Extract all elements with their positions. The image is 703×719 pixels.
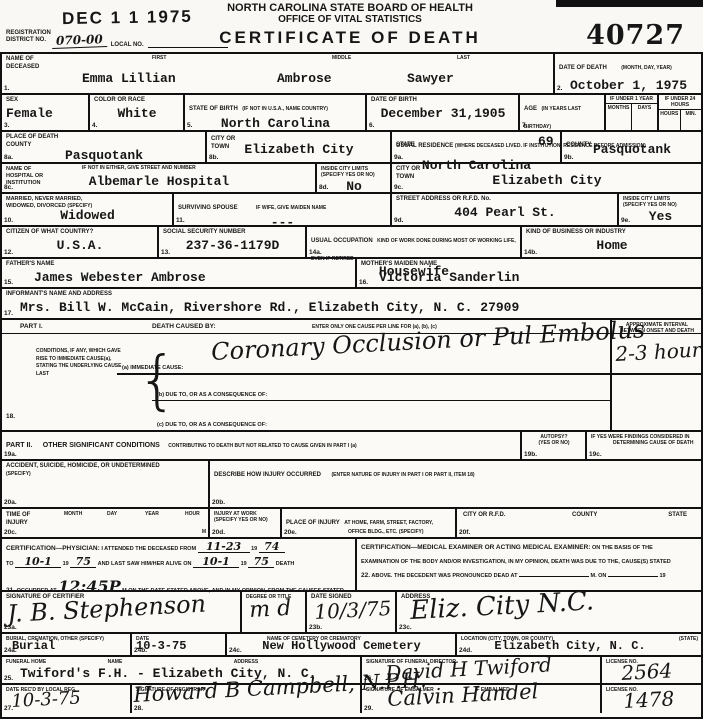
part1-item-number: 18. [6, 413, 15, 421]
cert-me-m-on: M. ON [591, 573, 607, 579]
received-date-stamp: DEC 1 1 1975 [62, 7, 193, 29]
funeral-license-handwritten: 2564 [621, 658, 673, 685]
under-24-hours-min: MIN. [681, 110, 702, 130]
burial-date-item-number: 24b. [134, 647, 147, 654]
brace-icon: { [137, 344, 178, 418]
interval-line [612, 373, 701, 375]
hour-sublabel: HOUR [185, 511, 200, 517]
row-hospital: NAME OFHOSPITAL ORINSTITUTION IF NOT IN … [2, 164, 701, 194]
icl8d-item-number: 8d. [319, 184, 328, 191]
field-certification-physician: CERTIFICATION—PHYSICIAN: I ATTENDED THE … [2, 539, 357, 590]
cemetery-item-number: 24c. [229, 647, 242, 654]
certifier-address-handwritten: Eliz. City N.C. [409, 586, 594, 626]
field-if-under-1-year: IF UNDER 1 YEAR MONTHS DAYS [606, 95, 659, 130]
business-value: Home [526, 238, 698, 253]
row-parents: FATHER'S NAME James Webester Ambrose 15.… [2, 259, 701, 289]
business-item-number: 14b. [524, 249, 537, 256]
residence-county-item-number: 9b. [564, 154, 573, 161]
age-item-number: 7. [522, 122, 527, 129]
field-marital-status: MARRIED, NEVER MARRIED, WIDOWED, DIVORCE… [2, 194, 174, 225]
accident-item-number: 20a. [4, 499, 17, 506]
due-to-c-label: (c) DUE TO, OR AS A CONSEQUENCE OF: [157, 422, 267, 428]
part1-label: PART I. [20, 323, 43, 331]
informant-item-number: 17. [4, 310, 13, 317]
section-part1: PART I. DEATH CAUSED BY: ENTER ONLY ONE … [2, 320, 701, 432]
field-color-race: COLOR OR RACE White 4. [90, 95, 185, 130]
row-registrar: DATE REC'D BY LOCAL REG. 10-3-75 27. SIG… [2, 685, 701, 713]
marital-item-number: 10. [4, 217, 13, 224]
date-signed-item-number: 23b. [309, 624, 322, 631]
cemetery-location-value: Elizabeth City, N. C. [461, 639, 698, 653]
date-of-birth-item-number: 6. [369, 122, 374, 129]
field-ssn: SOCIAL SECURITY NUMBER 237-36-1179D 13. [159, 227, 307, 257]
pronounced-dead-at-blank [519, 576, 589, 577]
informant-label: INFORMANT'S NAME AND ADDRESS [6, 291, 698, 299]
age-label: AGE [524, 106, 537, 112]
name-item-number: 1. [4, 85, 9, 92]
date-received-handwritten: 10-3-75 [11, 687, 81, 712]
injury-state-label: STATE [668, 512, 687, 520]
findings-item-number: 19c. [589, 451, 602, 458]
field-informant: INFORMANT'S NAME AND ADDRESS Mrs. Bill W… [2, 289, 701, 318]
sex-item-number: 3. [4, 122, 9, 129]
residence-city-value: Elizabeth City [396, 173, 698, 188]
ssn-value: 237-36-1179D [163, 238, 302, 253]
icl9e-value: Yes [623, 209, 698, 224]
dod-item-number: 2. [557, 85, 562, 92]
due-to-b-label: (b) DUE TO, OR AS A CONSEQUENCE OF: [157, 392, 267, 398]
org-line1: NORTH CAROLINA STATE BOARD OF HEALTH [180, 2, 520, 14]
part2-item-number: 19a. [4, 451, 17, 458]
cert-text1: I ATTENDED THE DECEASED FROM [101, 546, 196, 552]
month-sublabel: MONTH [64, 511, 82, 517]
certifier-signature-item-number: 23a. [4, 624, 17, 631]
field-if-under-24-hours: IF UNDER 24 HOURS HOURS MIN. [659, 95, 701, 130]
due-to-b-line [152, 400, 612, 401]
business-label: KIND OF BUSINESS OR INDUSTRY [526, 229, 698, 237]
field-age: AGE (IN YEARS LAST BIRTHDAY) 69 7. [520, 95, 606, 130]
field-occupation: USUAL OCCUPATION KIND OF WORK DONE DURIN… [307, 227, 522, 257]
field-hospital: NAME OFHOSPITAL ORINSTITUTION IF NOT IN … [2, 164, 317, 192]
accident-label: ACCIDENT, SUICIDE, HOMICIDE, OR UNDETERM… [6, 463, 205, 471]
name-last-value: Sawyer [407, 71, 454, 86]
pod-city-label: CITY ORTOWN [211, 136, 235, 151]
cert-me-label: CERTIFICATION—MEDICAL EXAMINER OR ACTING… [361, 544, 590, 551]
field-sex: SEX Female 3. [2, 95, 90, 130]
injury-county-label: COUNTY [572, 512, 597, 520]
place-of-injury-item-number: 20e. [284, 529, 297, 536]
time-of-injury-label: TIME OFINJURY [6, 512, 30, 527]
informant-value: Mrs. Bill W. McCain, Rivershore Rd., Eli… [6, 300, 698, 315]
color-race-label: COLOR OR RACE [94, 97, 180, 105]
cert-death-word: DEATH [276, 561, 295, 567]
citizen-item-number: 12. [4, 249, 13, 256]
occupation-item-number: 14a. [309, 249, 322, 256]
field-pod-city: CITY ORTOWN Elizabeth City 8b. [207, 132, 392, 162]
attended-to-year-handwritten: 75 [70, 556, 96, 568]
hospital-value: Albemarle Hospital [6, 174, 312, 189]
sex-value: Female [6, 106, 85, 121]
pod-city-item-number: 8b. [209, 154, 218, 161]
field-certification-medical-examiner: CERTIFICATION—MEDICAL EXAMINER OR ACTING… [357, 539, 701, 590]
field-mother-name: MOTHER'S MAIDEN NAME Victoria Sanderlin … [357, 259, 701, 287]
hospital-item-number: 8c. [4, 184, 13, 191]
field-burial-date: DATE 10-3-75 24b. [132, 634, 227, 655]
year-sublabel: YEAR [145, 511, 159, 517]
date-signed-handwritten: 10/3/75 [314, 596, 392, 624]
field-place-of-injury: PLACE OF INJURY AT HOME, FARM, STREET, F… [282, 509, 457, 537]
cert-physician-label: CERTIFICATION—PHYSICIAN: [6, 545, 100, 552]
color-race-value: White [94, 106, 180, 121]
sex-label: SEX [6, 97, 85, 105]
name-first-value: Emma Lillian [82, 71, 176, 86]
state-of-birth-item-number: 5. [187, 122, 192, 129]
field-certifier-address: ADDRESS Eliz. City N.C. 23c. [397, 592, 701, 632]
ssn-label: SOCIAL SECURITY NUMBER [163, 229, 302, 237]
field-certifier-signature: SIGNATURE OF CERTIFIER J. B. Stephenson … [2, 592, 242, 632]
findings-label2: DETERMINING CAUSE OF DEATH [591, 440, 698, 446]
embalmer-license-handwritten: 1478 [623, 686, 675, 713]
cert-to-label: TO [6, 561, 14, 567]
conditions-label: CONDITIONS, IF ANY, WHICH GAVE RISE TO I… [36, 348, 132, 378]
district-number-handwritten: 070-00 [52, 32, 107, 49]
mother-value: Victoria Sanderlin [361, 270, 698, 285]
interval-header-rule [612, 333, 701, 334]
funeral-home-label: FUNERAL HOME NAME ADDRESS [6, 659, 357, 665]
state-of-birth-sublabel: (IF NOT IN U.S.A., NAME COUNTRY) [242, 106, 328, 112]
field-state-of-birth: STATE OF BIRTH (IF NOT IN U.S.A., NAME C… [185, 95, 367, 130]
time-of-injury-item-number: 20c. [4, 529, 17, 536]
pod-county-item-number: 8a. [4, 154, 13, 161]
field-autopsy-findings: IF YES WERE FINDINGS CONSIDERED IN DETER… [587, 432, 701, 459]
place-of-injury-label: PLACE OF INJURY [286, 520, 340, 526]
part2-title: OTHER SIGNIFICANT CONDITIONS [43, 442, 160, 449]
field-embalmer-license: LICENSE NO. 1478 [602, 685, 701, 713]
field-date-of-birth: DATE OF BIRTH December 31,1905 6. [367, 95, 520, 130]
certificate-number: 40727 [586, 20, 685, 51]
pronounced-dead-on-blank [608, 576, 658, 577]
field-residence-county: COUNTY Pasquotank 9b. [562, 132, 701, 162]
row-certifier-signature: SIGNATURE OF CERTIFIER J. B. Stephenson … [2, 592, 701, 634]
registration-label-line1: REGISTRATION [6, 30, 51, 37]
street-value: 404 Pearl St. [396, 205, 614, 220]
under-1-year-months: MONTHS [606, 104, 632, 130]
cert-text2: AND LAST SAW HIM/HER ALIVE ON [98, 561, 192, 567]
document-title: CERTIFICATE OF DEATH [180, 28, 520, 48]
field-degree-title: DEGREE OR TITLE m d [242, 592, 307, 632]
spouse-label: SURVIVING SPOUSE [178, 205, 238, 211]
injury-at-work-item-number: 20d. [212, 529, 225, 536]
field-pod-county: PLACE OF DEATH COUNTY Pasquotank 8a. [2, 132, 207, 162]
icl9e-item-number: 9e. [621, 217, 630, 224]
header-center: NORTH CAROLINA STATE BOARD OF HEALTH OFF… [180, 2, 520, 48]
burial-item-number: 24a. [4, 647, 17, 654]
first-sublabel: FIRST [152, 55, 166, 61]
dod-label: DATE OF DEATH [559, 65, 607, 71]
autopsy-sublabel: (YES OR NO) [526, 440, 582, 446]
hospital-sublabel: IF NOT IN EITHER, GIVE STREET AND NUMBER [82, 165, 196, 171]
org-line2: OFFICE OF VITAL STATISTICS [180, 14, 520, 25]
field-inside-city-limits-9e: INSIDE CITY LIMITS (SPECIFY YES OR NO) Y… [619, 194, 701, 225]
injury-at-work-sublabel: (SPECIFY YES OR NO) [214, 517, 277, 523]
cert-me-19: 19 [659, 573, 665, 579]
part2-main: PART II. OTHER SIGNIFICANT CONDITIONS CO… [2, 432, 522, 459]
residence-city-label: CITY ORTOWN [396, 166, 420, 181]
dod-value: October 1, 1975 [559, 78, 698, 93]
spouse-item-number: 11. [176, 217, 185, 224]
attended-from-year-handwritten: 74 [259, 541, 285, 553]
field-burial: BURIAL, CREMATION, OTHER (SPECIFY) Buria… [2, 634, 132, 655]
icl8d-value: No [321, 179, 387, 194]
father-value: James Webester Ambrose [6, 270, 352, 285]
icl9e-sublabel: (SPECIFY YES OR NO) [623, 202, 698, 208]
field-describe-injury: DESCRIBE HOW INJURY OCCURRED (ENTER NATU… [210, 461, 701, 507]
interval-handwritten: 2-3 hour [615, 338, 702, 366]
place-of-death-group-label: PLACE OF DEATH [6, 134, 202, 142]
field-name-of-deceased: NAME OFDECEASED FIRST MIDDLE LAST Emma L… [2, 54, 555, 93]
row-certification: CERTIFICATION—PHYSICIAN: I ATTENDED THE … [2, 539, 701, 592]
cert-19c: 19 [241, 561, 247, 567]
part1-interval-column: APPROXIMATE INTERVAL BETWEEN ONSET AND D… [612, 320, 701, 430]
accident-sublabel: (SPECIFY) [6, 471, 205, 477]
cemetery-value: New Hollywood Cemetery [231, 639, 452, 653]
field-street-address: STREET ADDRESS OR R.F.D. No. 404 Pearl S… [392, 194, 619, 225]
spouse-sublabel: IF WIFE, GIVE MAIDEN NAME [256, 205, 326, 211]
pod-city-value: Elizabeth City [211, 142, 387, 157]
state-of-birth-label: STATE OF BIRTH [189, 106, 238, 112]
cert-me-text3: ABOVE. THE DECEDENT WAS PRONOUNCED DEAD … [371, 573, 517, 579]
under-1-year-label: IF UNDER 1 YEAR [606, 95, 657, 104]
field-inside-city-limits-8d: INSIDE CITY LIMITS (SPECIFY YES OR NO) N… [317, 164, 392, 192]
street-label: STREET ADDRESS OR R.F.D. No. [396, 196, 614, 204]
name-label: NAME OFDECEASED [6, 56, 39, 71]
immediate-cause-handwritten: Coronary Occlusion or Pul Embolus [211, 315, 646, 366]
residence-state-label: STATE [396, 142, 415, 150]
icl8d-sublabel: (SPECIFY YES OR NO) [321, 172, 387, 178]
field-cemetery: NAME OF CEMETERY OR CREMATORY New Hollyw… [227, 634, 457, 655]
last-alive-year-handwritten: 75 [248, 556, 274, 568]
under-24-hours-hours: HOURS [659, 110, 681, 130]
part2-instruction: CONTRIBUTING TO DEATH BUT NOT RELATED TO… [168, 443, 356, 449]
marital-label-line1: MARRIED, NEVER MARRIED, [6, 196, 169, 203]
father-label: FATHER'S NAME [6, 261, 352, 269]
section-part2: PART II. OTHER SIGNIFICANT CONDITIONS CO… [2, 432, 701, 461]
date-of-birth-value: December 31,1905 [371, 106, 515, 121]
cert-me-text2: EXAMINATION OF THE BODY AND/OR INVESTIGA… [361, 559, 671, 565]
cert-19a: 19 [251, 546, 257, 552]
degree-handwritten: m d [249, 596, 292, 623]
form-body: NAME OFDECEASED FIRST MIDDLE LAST Emma L… [0, 52, 703, 719]
row-marital: MARRIED, NEVER MARRIED, WIDOWED, DIVORCE… [2, 194, 701, 227]
father-item-number: 15. [4, 279, 13, 286]
under-24-hours-label: IF UNDER 24 HOURS [659, 95, 701, 110]
row-accident: ACCIDENT, SUICIDE, HOMICIDE, OR UNDETERM… [2, 461, 701, 509]
row-time-of-injury: TIME OFINJURY MONTH DAY YEAR HOUR 20c. M… [2, 509, 701, 539]
field-surviving-spouse: SURVIVING SPOUSE IF WIFE, GIVE MAIDEN NA… [174, 194, 392, 225]
occupation-label: USUAL OCCUPATION [311, 238, 373, 244]
field-date-of-death: DATE OF DEATH (MONTH, DAY, YEAR) October… [555, 54, 701, 93]
injury-location-item-number: 20f. [459, 529, 470, 536]
state-of-birth-value: North Carolina [189, 116, 362, 131]
last-alive-handwritten: 10-1 [193, 556, 239, 568]
street-item-number: 9d. [394, 217, 403, 224]
row-place-of-death: PLACE OF DEATH COUNTY Pasquotank 8a. CIT… [2, 132, 701, 164]
cemetery-location-item-number: 24d. [459, 647, 472, 654]
mother-item-number: 16. [359, 279, 368, 286]
meridian-label: M [202, 529, 206, 535]
embalmer-item-number: 29. [364, 705, 373, 712]
describe-injury-sublabel: (ENTER NATURE OF INJURY IN PART I OR PAR… [331, 472, 474, 478]
residence-state-item-number: 9a. [394, 154, 403, 161]
field-registrar-signature: SIGNATURE OF REGISTRAR Howard B Campbell… [132, 685, 362, 713]
field-accident-suicide: ACCIDENT, SUICIDE, HOMICIDE, OR UNDETERM… [2, 461, 210, 507]
row-citizen: CITIZEN OF WHAT COUNTRY? U.S.A. 12. SOCI… [2, 227, 701, 259]
field-autopsy: AUTOPSY? (YES OR NO) 19b. [522, 432, 587, 459]
ssn-item-number: 13. [161, 249, 170, 256]
citizen-label: CITIZEN OF WHAT COUNTRY? [6, 229, 154, 237]
field-embalmer-signature: SIGNATURE OF EMBALMER IF EMBALMED Calvin… [362, 685, 602, 713]
cert-me-item-number: 22. [361, 572, 370, 579]
row-burial: BURIAL, CREMATION, OTHER (SPECIFY) Buria… [2, 634, 701, 657]
header: DEC 1 1 1975 REGISTRATION DISTRICT NO. 0… [0, 0, 703, 52]
registrar-item-number: 28. [134, 705, 143, 712]
row-name: NAME OFDECEASED FIRST MIDDLE LAST Emma L… [2, 54, 701, 95]
field-date-signed: DATE SIGNED 10/3/75 23b. [307, 592, 397, 632]
part1-main: PART I. DEATH CAUSED BY: ENTER ONLY ONE … [2, 320, 612, 430]
row-informant: INFORMANT'S NAME AND ADDRESS Mrs. Bill W… [2, 289, 701, 320]
row-vitals: SEX Female 3. COLOR OR RACE White 4. STA… [2, 95, 701, 132]
field-cemetery-location: LOCATION (CITY, TOWN, OR COUNTY) (STATE)… [457, 634, 701, 655]
local-no-label: LOCAL NO. [111, 42, 144, 48]
attended-to-handwritten: 10-1 [15, 556, 61, 568]
autopsy-item-number: 19b. [524, 451, 537, 458]
field-funeral-director-license: LICENSE NO. 2564 [602, 657, 701, 683]
field-father-name: FATHER'S NAME James Webester Ambrose 15. [2, 259, 357, 287]
injury-city-label: CITY OR R.F.D. [463, 512, 506, 520]
marital-value: Widowed [6, 208, 169, 223]
date-received-item-number: 27. [4, 705, 13, 712]
funeral-home-item-number: 25. [4, 675, 13, 682]
part1-title: DEATH CAUSED BY: [152, 323, 216, 331]
burial-date-value: 10-3-75 [136, 639, 222, 653]
field-time-of-injury: TIME OFINJURY MONTH DAY YEAR HOUR 20c. M [2, 509, 210, 537]
certifier-address-item-number: 23c. [399, 624, 412, 631]
place-of-injury-sublabel2: OFFICE BLDG., ETC. (SPECIFY) [286, 529, 452, 535]
date-of-birth-label: DATE OF BIRTH [371, 97, 515, 105]
immediate-cause-line [117, 373, 612, 375]
field-business: KIND OF BUSINESS OR INDUSTRY Home 14b. [522, 227, 701, 257]
cert-me-text1: ON THE BASIS OF THE [592, 545, 653, 551]
residence-city-item-number: 9c. [394, 184, 403, 191]
describe-injury-label: DESCRIBE HOW INJURY OCCURRED [214, 472, 321, 478]
cert-19b: 19 [63, 561, 69, 567]
field-date-received: DATE REC'D BY LOCAL REG. 10-3-75 27. [2, 685, 132, 713]
under-1-year-days: DAYS [632, 104, 657, 130]
pod-county-label: COUNTY [6, 142, 31, 150]
residence-county-label: COUNTY [566, 142, 591, 150]
day-sublabel: DAY [107, 511, 117, 517]
pod-county-value: Pasquotank [6, 148, 202, 163]
field-residence-state: USUAL RESIDENCE (WHERE DECEASED LIVED. I… [392, 132, 562, 162]
attended-from-handwritten: 11-23 [198, 541, 250, 553]
name-middle-value: Ambrose [277, 71, 332, 86]
dod-sublabel: (MONTH, DAY, YEAR) [621, 65, 672, 71]
field-injury-at-work: INJURY AT WORK (SPECIFY YES OR NO) 20d. [210, 509, 282, 537]
mother-label: MOTHER'S MAIDEN NAME [361, 261, 698, 269]
field-citizen: CITIZEN OF WHAT COUNTRY? U.S.A. 12. [2, 227, 159, 257]
place-of-injury-sublabel: AT HOME, FARM, STREET, FACTORY, [344, 520, 433, 526]
citizen-value: U.S.A. [6, 238, 154, 253]
color-race-item-number: 4. [92, 122, 97, 129]
death-certificate: DEC 1 1 1975 REGISTRATION DISTRICT NO. 0… [0, 0, 703, 719]
last-sublabel: LAST [457, 55, 470, 61]
registration-district-label: REGISTRATION DISTRICT NO. [6, 30, 51, 44]
part2-label: PART II. [6, 442, 32, 449]
field-injury-location: CITY OR R.F.D. COUNTY STATE 20f. [457, 509, 701, 537]
registration-label-line2: DISTRICT NO. [6, 37, 51, 44]
middle-sublabel: MIDDLE [332, 55, 351, 61]
describe-injury-item-number: 20b. [212, 499, 225, 506]
field-residence-city: CITY ORTOWN Elizabeth City 9c. [392, 164, 701, 192]
